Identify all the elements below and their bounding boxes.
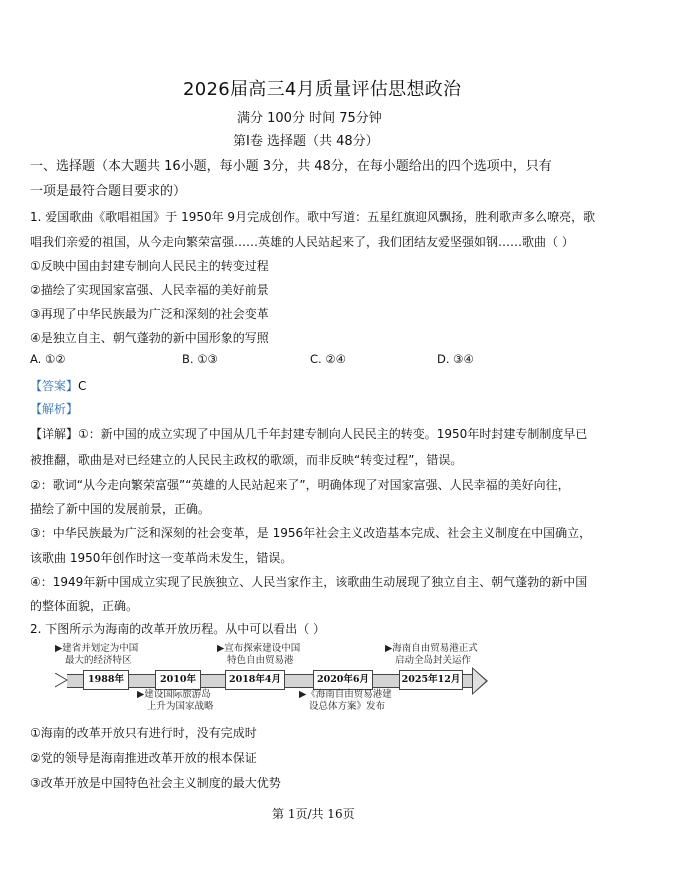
page-indicator: 第 1页/共 16页 bbox=[272, 805, 355, 822]
timeline-event-2025: ▶海南自由贸易港正式 启动全岛封关运作 bbox=[385, 643, 478, 667]
timeline-event-2020: ▶《海南自由贸易港建 设总体方案》发布 bbox=[299, 689, 392, 713]
score-time: 满分 100分 时间 75分钟 bbox=[237, 107, 382, 126]
hainan-timeline-figure: ▶建省并划定为中国 最大的经济特区 ▶宣布探索建设中国 特色自由贸易港 ▶海南自… bbox=[55, 643, 495, 713]
timeline-event-2018: ▶宣布探索建设中国 特色自由贸易港 bbox=[217, 643, 300, 667]
q1-statement-4: ④是独立自主、朝气蓬勃的新中国形象的写照 bbox=[30, 329, 269, 346]
q2-statement-2: ②党的领导是海南推进改革开放的根本保证 bbox=[30, 749, 257, 766]
q1-statement-2: ②描绘了实现国家富强、人民幸福的美好前景 bbox=[30, 281, 269, 298]
timeline-date-2020: 2020年6月 bbox=[313, 670, 373, 690]
timeline-date-1988: 1988年 bbox=[83, 670, 129, 690]
q1-option-c: C. ②④ bbox=[310, 352, 346, 366]
q1-stem-line-1: 1. 爱国歌曲《歌唱祖国》于 1950年 9月完成创作。歌中写道：五星红旗迎风飘… bbox=[30, 208, 595, 225]
q1-explanation-line-8: 的整体面貌，正确。 bbox=[30, 597, 138, 614]
q1-explanation-line-5: ③：中华民族最为广泛和深刻的社会变革，是 1956年社会主义改造基本完成、社会主… bbox=[30, 524, 591, 541]
timeline-date-2010: 2010年 bbox=[155, 670, 201, 690]
instructions-line-1: 一、选择题（本大题共 16小题，每小题 3分，共 48分，在每小题给出的四个选项… bbox=[30, 155, 552, 174]
instructions-line-2: 一项是最符合题目要求的） bbox=[30, 180, 186, 199]
q1-option-a: A. ①② bbox=[30, 352, 66, 366]
q1-answer: 【答案】C bbox=[30, 377, 86, 394]
q1-explanation-line-1: 【详解】①：新中国的成立实现了中国从几千年封建专制向人民民主的转变。1950年时… bbox=[30, 425, 587, 442]
timeline-event-1988: ▶建省并划定为中国 最大的经济特区 bbox=[55, 643, 138, 667]
answer-value: C bbox=[78, 379, 86, 393]
q1-option-b: B. ①③ bbox=[182, 352, 218, 366]
timeline-event-2010: ▶建设国际旅游岛 上升为国家战略 bbox=[137, 689, 214, 713]
analysis-label: 【解析】 bbox=[30, 400, 78, 417]
q2-statement-3: ③改革开放是中国特色社会主义制度的最大优势 bbox=[30, 774, 281, 791]
q1-explanation-line-3: ②：歌词“从今走向繁荣富强”“英雄的人民站起来了”，明确体现了对国家富强、人民幸… bbox=[30, 476, 570, 493]
answer-label: 【答案】 bbox=[30, 379, 78, 393]
section-title: 第Ⅰ卷 选择题（共 48分） bbox=[233, 130, 379, 149]
q1-explanation-line-6: 该歌曲 1950年创作时这一变革尚未发生，错误。 bbox=[30, 549, 292, 566]
detail-label: 【详解】 bbox=[30, 427, 78, 441]
timeline-date-2018: 2018年4月 bbox=[225, 670, 285, 690]
q1-statement-3: ③再现了中华民族最为广泛和深刻的社会变革 bbox=[30, 305, 269, 322]
q1-explanation-line-2: 被推翻，歌曲是对已经建立的人民民主政权的歌颂，而非反映“转变过程”，错误。 bbox=[30, 451, 462, 468]
q2-statement-1: ①海南的改革开放只有进行时，没有完成时 bbox=[30, 724, 257, 741]
q1-stem-line-2: 唱我们亲爱的祖国，从今走向繁荣富强……英雄的人民站起来了，我们团结友爱坚强如钢…… bbox=[30, 233, 574, 250]
q2-stem: 2. 下图所示为海南的改革开放历程。从中可以看出（ ） bbox=[30, 620, 325, 637]
q1-statement-1: ①反映中国由封建专制向人民民主的转变过程 bbox=[30, 257, 269, 274]
exam-title: 2026届高三4月质量评估思想政治 bbox=[183, 75, 461, 101]
timeline-tail-icon bbox=[55, 673, 69, 689]
q1-option-d: D. ③④ bbox=[437, 352, 474, 366]
q1-explanation-line-7: ④：1949年新中国成立实现了民族独立、人民当家作主，该歌曲生动展现了独立自主、… bbox=[30, 573, 587, 590]
timeline-date-2025: 2025年12月 bbox=[399, 670, 463, 690]
q1-explanation-line-4: 描绘了新中国的发展前景，正确。 bbox=[30, 500, 210, 517]
